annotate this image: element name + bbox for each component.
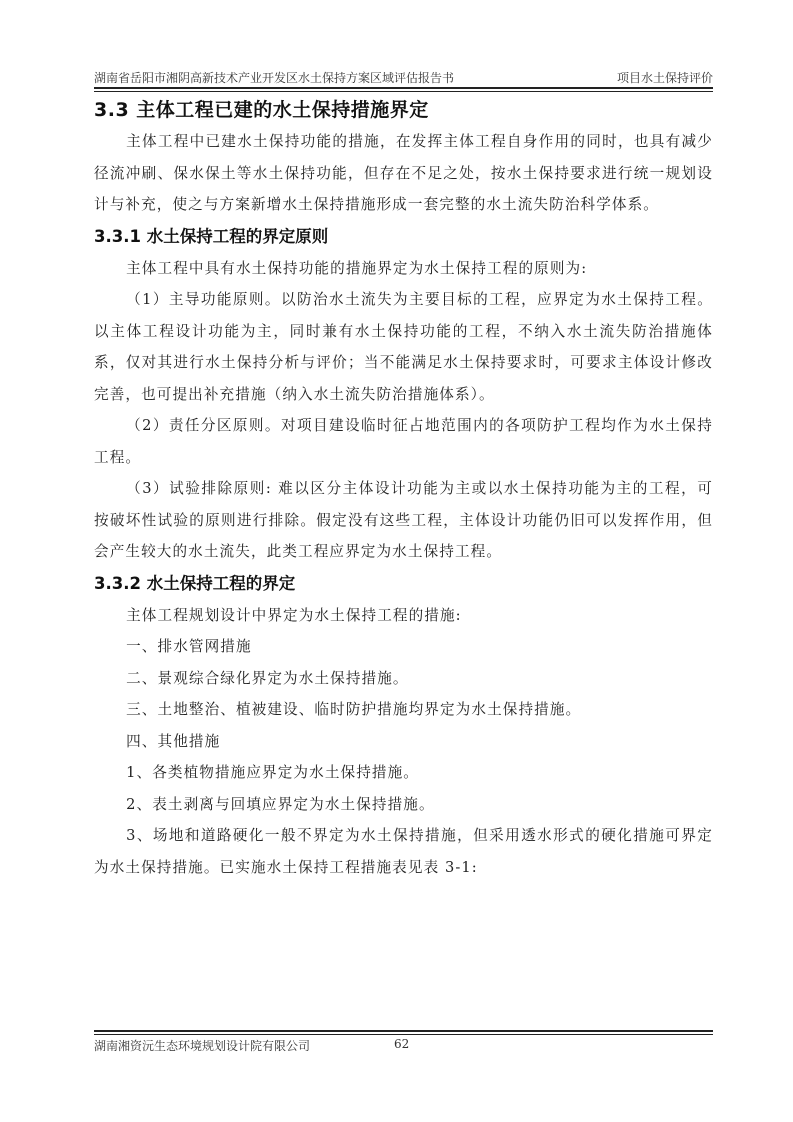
principles-intro: 主体工程中具有水土保持功能的措施界定为水土保持工程的原则为: <box>94 253 713 285</box>
section-title: 3.3 主体工程已建的水土保持措施界定 <box>94 94 713 126</box>
page-content: 3.3 主体工程已建的水土保持措施界定 主体工程中已建水土保持功能的措施，在发挥… <box>94 94 713 883</box>
subsection-title-definition: 3.3.2 水土保持工程的界定 <box>94 568 713 600</box>
principle-2-paragraph: （2）责任分区原则。对项目建设临时征占地范围内的各项防护工程均作为水土保持工程。 <box>94 410 713 473</box>
header-report-title: 湖南省岳阳市湘阴高新技术产业开发区水土保持方案区域评估报告书 <box>94 69 454 86</box>
footer-rule <box>94 1030 713 1035</box>
list-item: 一、排水管网措施 <box>94 631 713 663</box>
header-rule <box>94 87 713 92</box>
page-number: 62 <box>394 1037 409 1054</box>
list-item: 四、其他措施 <box>94 726 713 758</box>
list-item: 3、场地和道路硬化一般不界定为水土保持措施，但采用透水形式的硬化措施可界定为水土… <box>94 820 713 883</box>
footer-company: 湖南湘资沅生态环境规划设计院有限公司 <box>94 1037 310 1054</box>
principle-3-paragraph: （3）试验排除原则: 难以区分主体设计功能为主或以水土保持功能为主的工程，可按破… <box>94 473 713 568</box>
list-item: 2、表土剥离与回填应界定为水土保持措施。 <box>94 789 713 821</box>
subsection-title-principles: 3.3.1 水土保持工程的界定原则 <box>94 221 713 253</box>
section-intro-paragraph: 主体工程中已建水土保持功能的措施，在发挥主体工程自身作用的同时，也具有减少径流冲… <box>94 126 713 221</box>
definition-intro: 主体工程规划设计中界定为水土保持工程的措施: <box>94 600 713 632</box>
principle-1-paragraph: （1）主导功能原则。以防治水土流失为主要目标的工程，应界定为水土保持工程。 以主… <box>94 284 713 410</box>
header-chapter-title: 项目水土保持评价 <box>617 69 713 86</box>
list-item: 三、土地整治、植被建设、临时防护措施均界定为水土保持措施。 <box>94 694 713 726</box>
page-header: 湖南省岳阳市湘阴高新技术产业开发区水土保持方案区域评估报告书 项目水土保持评价 <box>94 66 713 86</box>
page-footer: 湖南湘资沅生态环境规划设计院有限公司 62 <box>94 1037 409 1054</box>
list-item: 1、各类植物措施应界定为水土保持措施。 <box>94 757 713 789</box>
list-item: 二、景观综合绿化界定为水土保持措施。 <box>94 663 713 695</box>
